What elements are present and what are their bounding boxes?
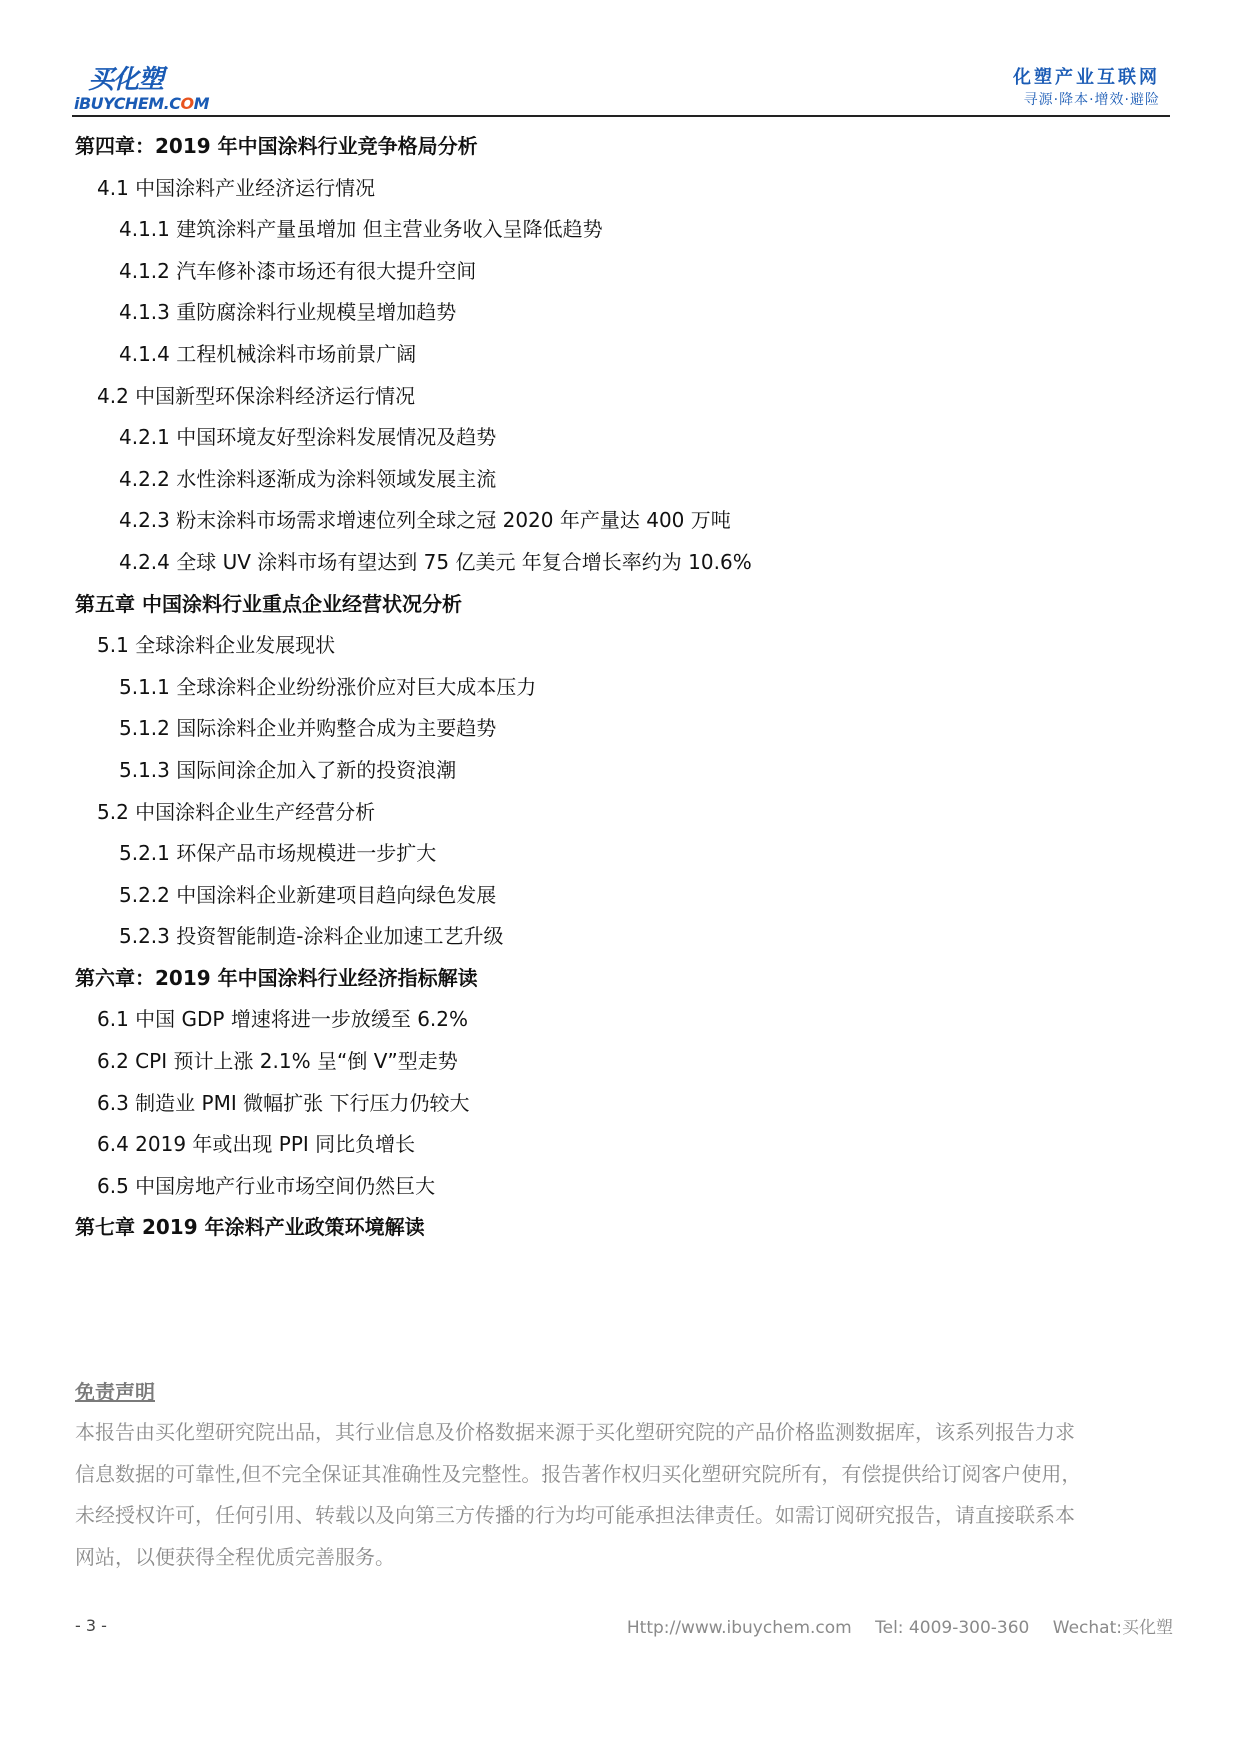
toc-entry: 4.1.3 重防腐涂料行业规模呈增加趋势 (75, 292, 1175, 334)
phone-number: Tel: 4009-300-360 (875, 1618, 1029, 1638)
slogan-subtitle: 寻源·降本·增效·避险 (1013, 90, 1160, 110)
toc-entry: 第五章 中国涂料行业重点企业经营状况分析 (75, 584, 1175, 626)
toc-entry: 5.1.2 国际涂料企业并购整合成为主要趋势 (75, 708, 1175, 750)
toc-entry: 第六章：2019 年中国涂料行业经济指标解读 (75, 958, 1175, 1000)
disclaimer-line: 本报告由买化塑研究院出品，其行业信息及价格数据来源于买化塑研究院的产品价格监测数… (75, 1412, 1173, 1454)
toc-entry: 5.1 全球涂料企业发展现状 (75, 625, 1175, 667)
page-footer: - 3 - Http://www.ibuychem.com Tel: 4009-… (75, 1612, 1173, 1642)
ibuychem-logo: 买化塑 iBUYCHEM.COM (74, 66, 244, 114)
logo-chinese: 买化塑 (88, 66, 163, 94)
footer-contact: Http://www.ibuychem.com Tel: 4009-300-36… (609, 1614, 1173, 1642)
toc-entry: 第四章：2019 年中国涂料行业竞争格局分析 (75, 126, 1175, 168)
table-of-contents: 第四章：2019 年中国涂料行业竞争格局分析 4.1 中国涂料产业经济运行情况 … (75, 126, 1175, 1249)
toc-entry: 5.2.2 中国涂料企业新建项目趋向绿色发展 (75, 875, 1175, 917)
logo-en-suffix: M (194, 94, 209, 113)
logo-english: iBUYCHEM.COM (74, 95, 209, 113)
wechat-id: Wechat:买化塑 (1053, 1618, 1173, 1638)
toc-entry: 6.5 中国房地产行业市场空间仍然巨大 (75, 1166, 1175, 1208)
toc-entry: 5.2.3 投资智能制造-涂料企业加速工艺升级 (75, 916, 1175, 958)
toc-entry: 4.2.3 粉末涂料市场需求增速位列全球之冠 2020 年产量达 400 万吨 (75, 500, 1175, 542)
disclaimer-line: 信息数据的可靠性,但不完全保证其准确性及完整性。报告著作权归买化塑研究院所有，有… (75, 1454, 1173, 1496)
toc-entry: 6.1 中国 GDP 增速将进一步放缓至 6.2% (75, 999, 1175, 1041)
toc-entry: 4.2.4 全球 UV 涂料市场有望达到 75 亿美元 年复合增长率约为 10.… (75, 542, 1175, 584)
toc-entry: 5.1.3 国际间涂企加入了新的投资浪潮 (75, 750, 1175, 792)
disclaimer-body: 本报告由买化塑研究院出品，其行业信息及价格数据来源于买化塑研究院的产品价格监测数… (75, 1412, 1173, 1578)
toc-entry: 6.2 CPI 预计上涨 2.1% 呈“倒 V”型走势 (75, 1041, 1175, 1083)
header-divider (72, 115, 1170, 117)
disclaimer-title: 免责声明 (75, 1372, 1173, 1412)
slogan-title: 化塑产业互联网 (1013, 66, 1160, 90)
toc-entry: 4.2.1 中国环境友好型涂料发展情况及趋势 (75, 417, 1175, 459)
toc-entry: 第七章 2019 年涂料产业政策环境解读 (75, 1207, 1175, 1249)
toc-entry: 6.4 2019 年或出现 PPI 同比负增长 (75, 1124, 1175, 1166)
disclaimer-section: 免责声明 本报告由买化塑研究院出品，其行业信息及价格数据来源于买化塑研究院的产品… (75, 1372, 1173, 1578)
toc-entry: 4.1.1 建筑涂料产量虽增加 但主营业务收入呈降低趋势 (75, 209, 1175, 251)
gear-icon: O (181, 94, 194, 113)
toc-entry: 4.2.2 水性涂料逐渐成为涂料领域发展主流 (75, 459, 1175, 501)
header-slogan: 化塑产业互联网 寻源·降本·增效·避险 (1013, 66, 1160, 110)
toc-entry: 6.3 制造业 PMI 微幅扩张 下行压力仍较大 (75, 1083, 1175, 1125)
website-link[interactable]: Http://www.ibuychem.com (627, 1618, 852, 1638)
toc-entry: 5.2.1 环保产品市场规模进一步扩大 (75, 833, 1175, 875)
toc-entry: 5.1.1 全球涂料企业纷纷涨价应对巨大成本压力 (75, 667, 1175, 709)
logo-en-prefix: iBUYCHEM.C (74, 94, 181, 113)
disclaimer-line: 网站，以便获得全程优质完善服务。 (75, 1537, 1173, 1579)
toc-entry: 4.1 中国涂料产业经济运行情况 (75, 168, 1175, 210)
toc-entry: 4.1.2 汽车修补漆市场还有很大提升空间 (75, 251, 1175, 293)
disclaimer-line: 未经授权许可，任何引用、转载以及向第三方传播的行为均可能承担法律责任。如需订阅研… (75, 1495, 1173, 1537)
toc-entry: 5.2 中国涂料企业生产经营分析 (75, 792, 1175, 834)
page-number: - 3 - (75, 1612, 107, 1640)
page-header: 买化塑 iBUYCHEM.COM 化塑产业互联网 寻源·降本·增效·避险 (72, 66, 1170, 116)
toc-entry: 4.1.4 工程机械涂料市场前景广阔 (75, 334, 1175, 376)
toc-entry: 4.2 中国新型环保涂料经济运行情况 (75, 376, 1175, 418)
